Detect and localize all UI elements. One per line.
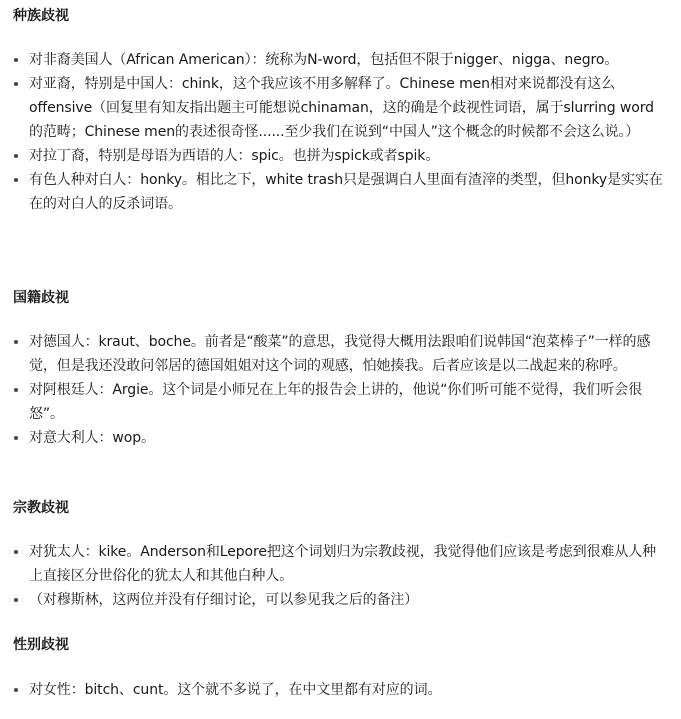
list-item-text: 对德国人：kraut、boche。前者是“酸菜”的意思，我觉得大概用法跟咱们说韩… (29, 334, 650, 374)
bullet-icon (14, 58, 18, 62)
list-item: 对犹太人：kike。Anderson和Lepore把这个词划归为宗教歧视，我觉得… (0, 540, 681, 588)
list-item-text: 对亚裔，特别是中国人：chink，这个我应该不用多解释了。Chinese men… (29, 76, 654, 140)
list-item: （对穆斯林，这两位并没有仔细讨论，可以参见我之后的备注） (0, 588, 681, 612)
section-title-religion: 宗教歧视 (13, 498, 69, 518)
bullet-icon (14, 388, 18, 392)
list-nationality: 对德国人：kraut、boche。前者是“酸菜”的意思，我觉得大概用法跟咱们说韩… (0, 330, 681, 450)
list-item: 对德国人：kraut、boche。前者是“酸菜”的意思，我觉得大概用法跟咱们说韩… (0, 330, 681, 378)
list-item: 对女性：bitch、cunt。这个就不多说了，在中文里都有对应的词。 (0, 678, 681, 702)
list-item-text: 对拉丁裔，特别是母语为西语的人：spic。也拼为spick或者spik。 (29, 148, 439, 164)
list-racial: 对非裔美国人（African American）：统称为N-word，包括但不限… (0, 48, 681, 216)
article-body: 种族歧视 对非裔美国人（African American）：统称为N-word，… (0, 0, 681, 719)
list-item: 有色人种对白人：honky。相比之下，white trash只是强调白人里面有渣… (0, 168, 681, 216)
bullet-icon (14, 688, 18, 692)
section-title-gender: 性别歧视 (13, 635, 69, 655)
bullet-icon (14, 340, 18, 344)
list-item: 对非裔美国人（African American）：统称为N-word，包括但不限… (0, 48, 681, 72)
list-item-text: 对女性：bitch、cunt。这个就不多说了，在中文里都有对应的词。 (29, 682, 441, 698)
bullet-icon (14, 82, 18, 86)
section-title-nationality: 国籍歧视 (13, 288, 69, 308)
bullet-icon (14, 178, 18, 182)
list-religion: 对犹太人：kike。Anderson和Lepore把这个词划归为宗教歧视，我觉得… (0, 540, 681, 612)
list-item-text: 对犹太人：kike。Anderson和Lepore把这个词划归为宗教歧视，我觉得… (29, 544, 656, 584)
bullet-icon (14, 598, 18, 602)
list-item-text: （对穆斯林，这两位并没有仔细讨论，可以参见我之后的备注） (29, 592, 418, 608)
list-item: 对拉丁裔，特别是母语为西语的人：spic。也拼为spick或者spik。 (0, 144, 681, 168)
list-item: 对意大利人：wop。 (0, 426, 681, 450)
bullet-icon (14, 550, 18, 554)
list-item: 对阿根廷人：Argie。这个词是小师兄在上年的报告会上讲的，他说“你们听可能不觉… (0, 378, 681, 426)
section-title-racial: 种族歧视 (13, 6, 69, 26)
list-item: 对亚裔，特别是中国人：chink，这个我应该不用多解释了。Chinese men… (0, 72, 681, 144)
bullet-icon (14, 154, 18, 158)
list-item-text: 对意大利人：wop。 (29, 430, 155, 446)
bullet-icon (14, 436, 18, 440)
list-gender: 对女性：bitch、cunt。这个就不多说了，在中文里都有对应的词。 (0, 678, 681, 702)
list-item-text: 有色人种对白人：honky。相比之下，white trash只是强调白人里面有渣… (29, 172, 663, 212)
list-item-text: 对非裔美国人（African American）：统称为N-word，包括但不限… (29, 52, 618, 68)
list-item-text: 对阿根廷人：Argie。这个词是小师兄在上年的报告会上讲的，他说“你们听可能不觉… (29, 382, 642, 422)
